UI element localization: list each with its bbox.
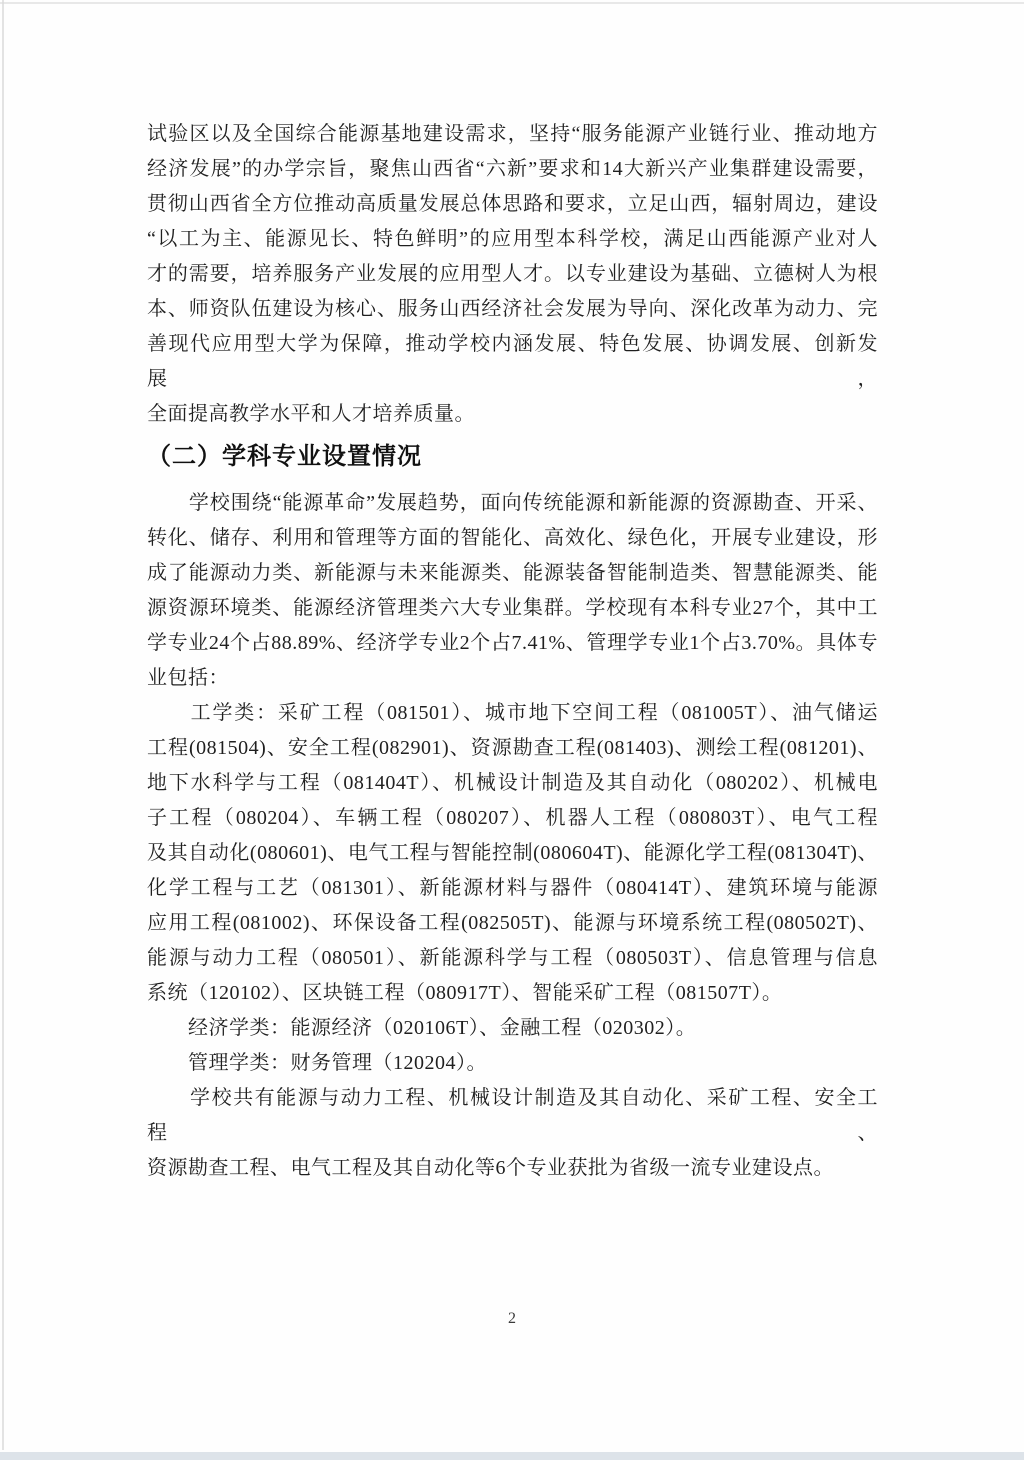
document-content: 试验区以及全国综合能源基地建设需求，坚持“服务能源产业链行业、推动地方经济发展”… xyxy=(147,117,878,1186)
text-line: 试验区以及全国综合能源基地建设需求，坚持“服务能源产业链行业、推动地方 xyxy=(147,117,878,152)
text-line: 本、师资队伍建设为核心、服务山西经济社会发展为导向、深化改革为动力、完 xyxy=(147,292,878,327)
text-line: 地下水科学与工程（081404T）、机械设计制造及其自动化（080202）、机械… xyxy=(147,766,878,801)
page-number: 2 xyxy=(0,1310,1024,1328)
text-line: 管理学类：财务管理（120204）。 xyxy=(147,1046,878,1081)
text-line: 子工程（080204）、车辆工程（080207）、机器人工程（080803T）、… xyxy=(147,801,878,836)
text-line: 经济发展”的办学宗旨，聚焦山西省“六新”要求和14大新兴产业集群建设需要， xyxy=(147,152,878,187)
text-line: 全面提高教学水平和人才培养质量。 xyxy=(147,397,878,432)
text-line: 转化、储存、利用和管理等方面的智能化、高效化、绿色化，开展专业建设，形 xyxy=(147,521,878,556)
text-line: 系统（120102）、区块链工程（080917T）、智能采矿工程（081507T… xyxy=(147,976,878,1011)
text-line: 学校围绕“能源革命”发展趋势，面向传统能源和新能源的资源勘查、开采、 xyxy=(147,486,878,521)
text-line: 工程(081504)、安全工程(082901)、资源勘查工程(081403)、测… xyxy=(147,731,878,766)
section-heading: （二）学科专业设置情况 xyxy=(147,432,878,486)
scan-edge-bottom-artifact xyxy=(0,1452,1024,1460)
text-line: 业包括： xyxy=(147,661,878,696)
text-line: 经济学类：能源经济（020106T）、金融工程（020302）。 xyxy=(147,1011,878,1046)
text-line: 学专业24个占88.89%、经济学专业2个占7.41%、管理学专业1个占3.70… xyxy=(147,626,878,661)
text-line: 化学工程与工艺（081301）、新能源材料与器件（080414T）、建筑环境与能… xyxy=(147,871,878,906)
text-line: 及其自动化(080601)、电气工程与智能控制(080604T)、能源化学工程(… xyxy=(147,836,878,871)
text-line: 成了能源动力类、新能源与未来能源类、能源装备智能制造类、智慧能源类、能 xyxy=(147,556,878,591)
document-page: 试验区以及全国综合能源基地建设需求，坚持“服务能源产业链行业、推动地方经济发展”… xyxy=(0,0,1024,1460)
text-line: 能源与动力工程（080501）、新能源科学与工程（080503T）、信息管理与信… xyxy=(147,941,878,976)
text-line: 才的需要，培养服务产业发展的应用型人才。以专业建设为基础、立德树人为根 xyxy=(147,257,878,292)
text-line: 善现代应用型大学为保障，推动学校内涵发展、特色发展、协调发展、创新发展， xyxy=(147,327,878,397)
text-line: 应用工程(081002)、环保设备工程(082505T)、能源与环境系统工程(0… xyxy=(147,906,878,941)
text-line: 资源勘查工程、电气工程及其自动化等6个专业获批为省级一流专业建设点。 xyxy=(147,1151,878,1186)
text-line: 学校共有能源与动力工程、机械设计制造及其自动化、采矿工程、安全工程、 xyxy=(147,1081,878,1151)
text-line: “以工为主、能源见长、特色鲜明”的应用型本科学校，满足山西能源产业对人 xyxy=(147,222,878,257)
text-line: 贯彻山西省全方位推动高质量发展总体思路和要求，立足山西，辐射周边，建设 xyxy=(147,187,878,222)
text-line: 工学类：采矿工程（081501）、城市地下空间工程（081005T）、油气储运 xyxy=(147,696,878,731)
text-line: 源资源环境类、能源经济管理类六大专业集群。学校现有本科专业27个，其中工 xyxy=(147,591,878,626)
scan-edge-left-artifact xyxy=(2,0,4,1450)
scan-edge-top-artifact xyxy=(0,2,1024,4)
